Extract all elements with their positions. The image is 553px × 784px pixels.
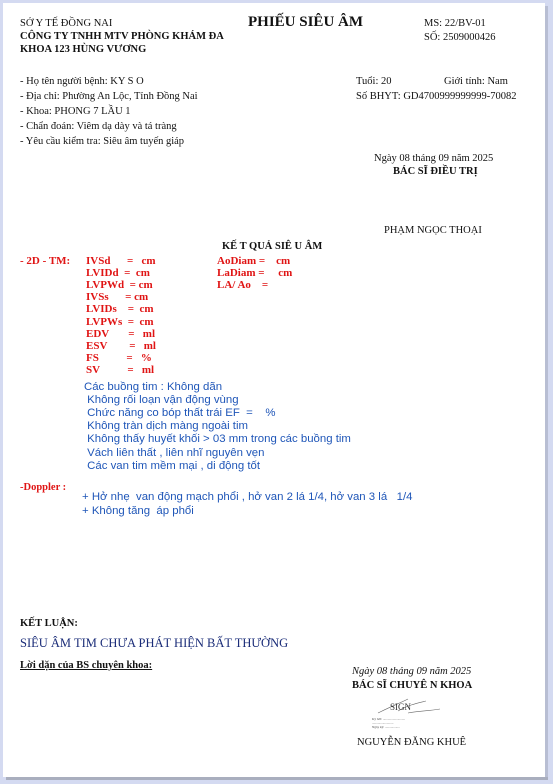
specialist-date: Ngày 08 tháng 09 năm 2025 [352, 665, 471, 678]
findings-item: Các van tim mềm mại , di động tốt [84, 460, 260, 473]
advice-label: Lời dặn của BS chuyên khoa: [20, 659, 152, 672]
left-measures-item: IVSs = cm [86, 291, 148, 304]
section-2d-tm-label: - 2D - TM: [20, 255, 70, 268]
page-shadow-right [545, 6, 548, 780]
patient-gender: Giới tính: Nam [444, 75, 508, 88]
doppler-label: -Doppler : [20, 481, 66, 494]
patient-address: - Địa chỉ: Phường An Lộc, Tỉnh Đồng Nai [20, 90, 198, 103]
insurance-number: Số BHYT: GD4700999999999-70082 [356, 90, 516, 103]
conclusion-text: SIÊU ÂM TIM CHƯA PHÁT HIỆN BẤT THƯỜNG [20, 636, 288, 651]
right-measures-item: AoDiam = cm [217, 255, 290, 268]
left-measures-item: LVPWs = cm [86, 316, 154, 329]
company-name-line2: KHOA 123 HÙNG VƯƠNG [20, 43, 146, 56]
findings-item: Không tràn dịch màng ngoài tim [84, 420, 248, 433]
document-number: SỐ: 2509000426 [424, 31, 495, 44]
findings-item: Các buồng tim : Không dãn [84, 381, 222, 394]
findings-item: Chức năng co bóp thất trái EF = % [84, 407, 276, 420]
findings-item: Không rối loạn vận động vùng [84, 394, 239, 407]
left-measures-item: EDV = ml [86, 328, 155, 341]
left-measures-item: SV = ml [86, 364, 154, 377]
specialist-role: BÁC SĨ CHUYÊ N KHOA [352, 679, 472, 692]
signature-label: SIGN [390, 702, 411, 712]
conclusion-label: KẾT LUẬN: [20, 617, 78, 630]
health-dept: SỞ Y TẾ ĐỒNG NAI [20, 17, 112, 30]
left-measures-item: LVIDd = cm [86, 267, 150, 280]
company-name-line1: CÔNG TY TNHH MTV PHÒNG KHÁM ĐA [20, 30, 224, 43]
exam-request: - Yêu cầu kiểm tra: Siêu âm tuyến giáp [20, 135, 184, 148]
patient-name: - Họ tên người bệnh: KY S O [20, 75, 144, 88]
page-title: PHIẾU SIÊU ÂM [248, 16, 363, 29]
page-shadow-bottom [6, 777, 548, 780]
left-measures-item: LVIDs = cm [86, 303, 154, 316]
signature-scribble-icon [368, 697, 458, 719]
results-heading: KẾ T QUẢ SIÊ U ÂM [222, 240, 322, 253]
patient-age: Tuổi: 20 [356, 75, 392, 88]
doppler-item: + Hở nhẹ van động mạch phổi , hở van 2 l… [82, 491, 412, 504]
signature-detail: Ngày ký: .................. [372, 725, 400, 729]
findings-item: Không thấy huyết khối > 03 mm trong các … [84, 433, 351, 446]
patient-diagnosis: - Chẩn đoán: Viêm dạ dày và tá tràng [20, 120, 177, 133]
left-measures-item: FS = % [86, 352, 152, 365]
treating-date: Ngày 08 tháng 09 năm 2025 [374, 152, 493, 165]
left-measures-item: LVPWd = cm [86, 279, 153, 292]
right-measures-item: LaDiam = cm [217, 267, 292, 280]
right-measures-item: LA/ Ao = [217, 279, 268, 292]
findings-item: Vách liên thất , liên nhĩ nguyên vẹn [84, 447, 264, 460]
signature-stamp: SIGN Ký bởi: ...........................… [368, 697, 458, 737]
treating-doctor-role: BÁC SĨ ĐIỀU TRỊ [393, 165, 478, 178]
left-measures-item: IVSd = cm [86, 255, 156, 268]
doppler-item: + Không tăng áp phổi [82, 505, 194, 518]
left-measures-item: ESV = ml [86, 340, 156, 353]
treating-doctor-name: PHẠM NGỌC THOẠI [384, 224, 482, 237]
specialist-name: NGUYỄN ĐĂNG KHUÊ [357, 736, 466, 749]
patient-department: - Khoa: PHONG 7 LẦU 1 [20, 105, 131, 118]
form-code: MS: 22/BV-01 [424, 17, 486, 30]
